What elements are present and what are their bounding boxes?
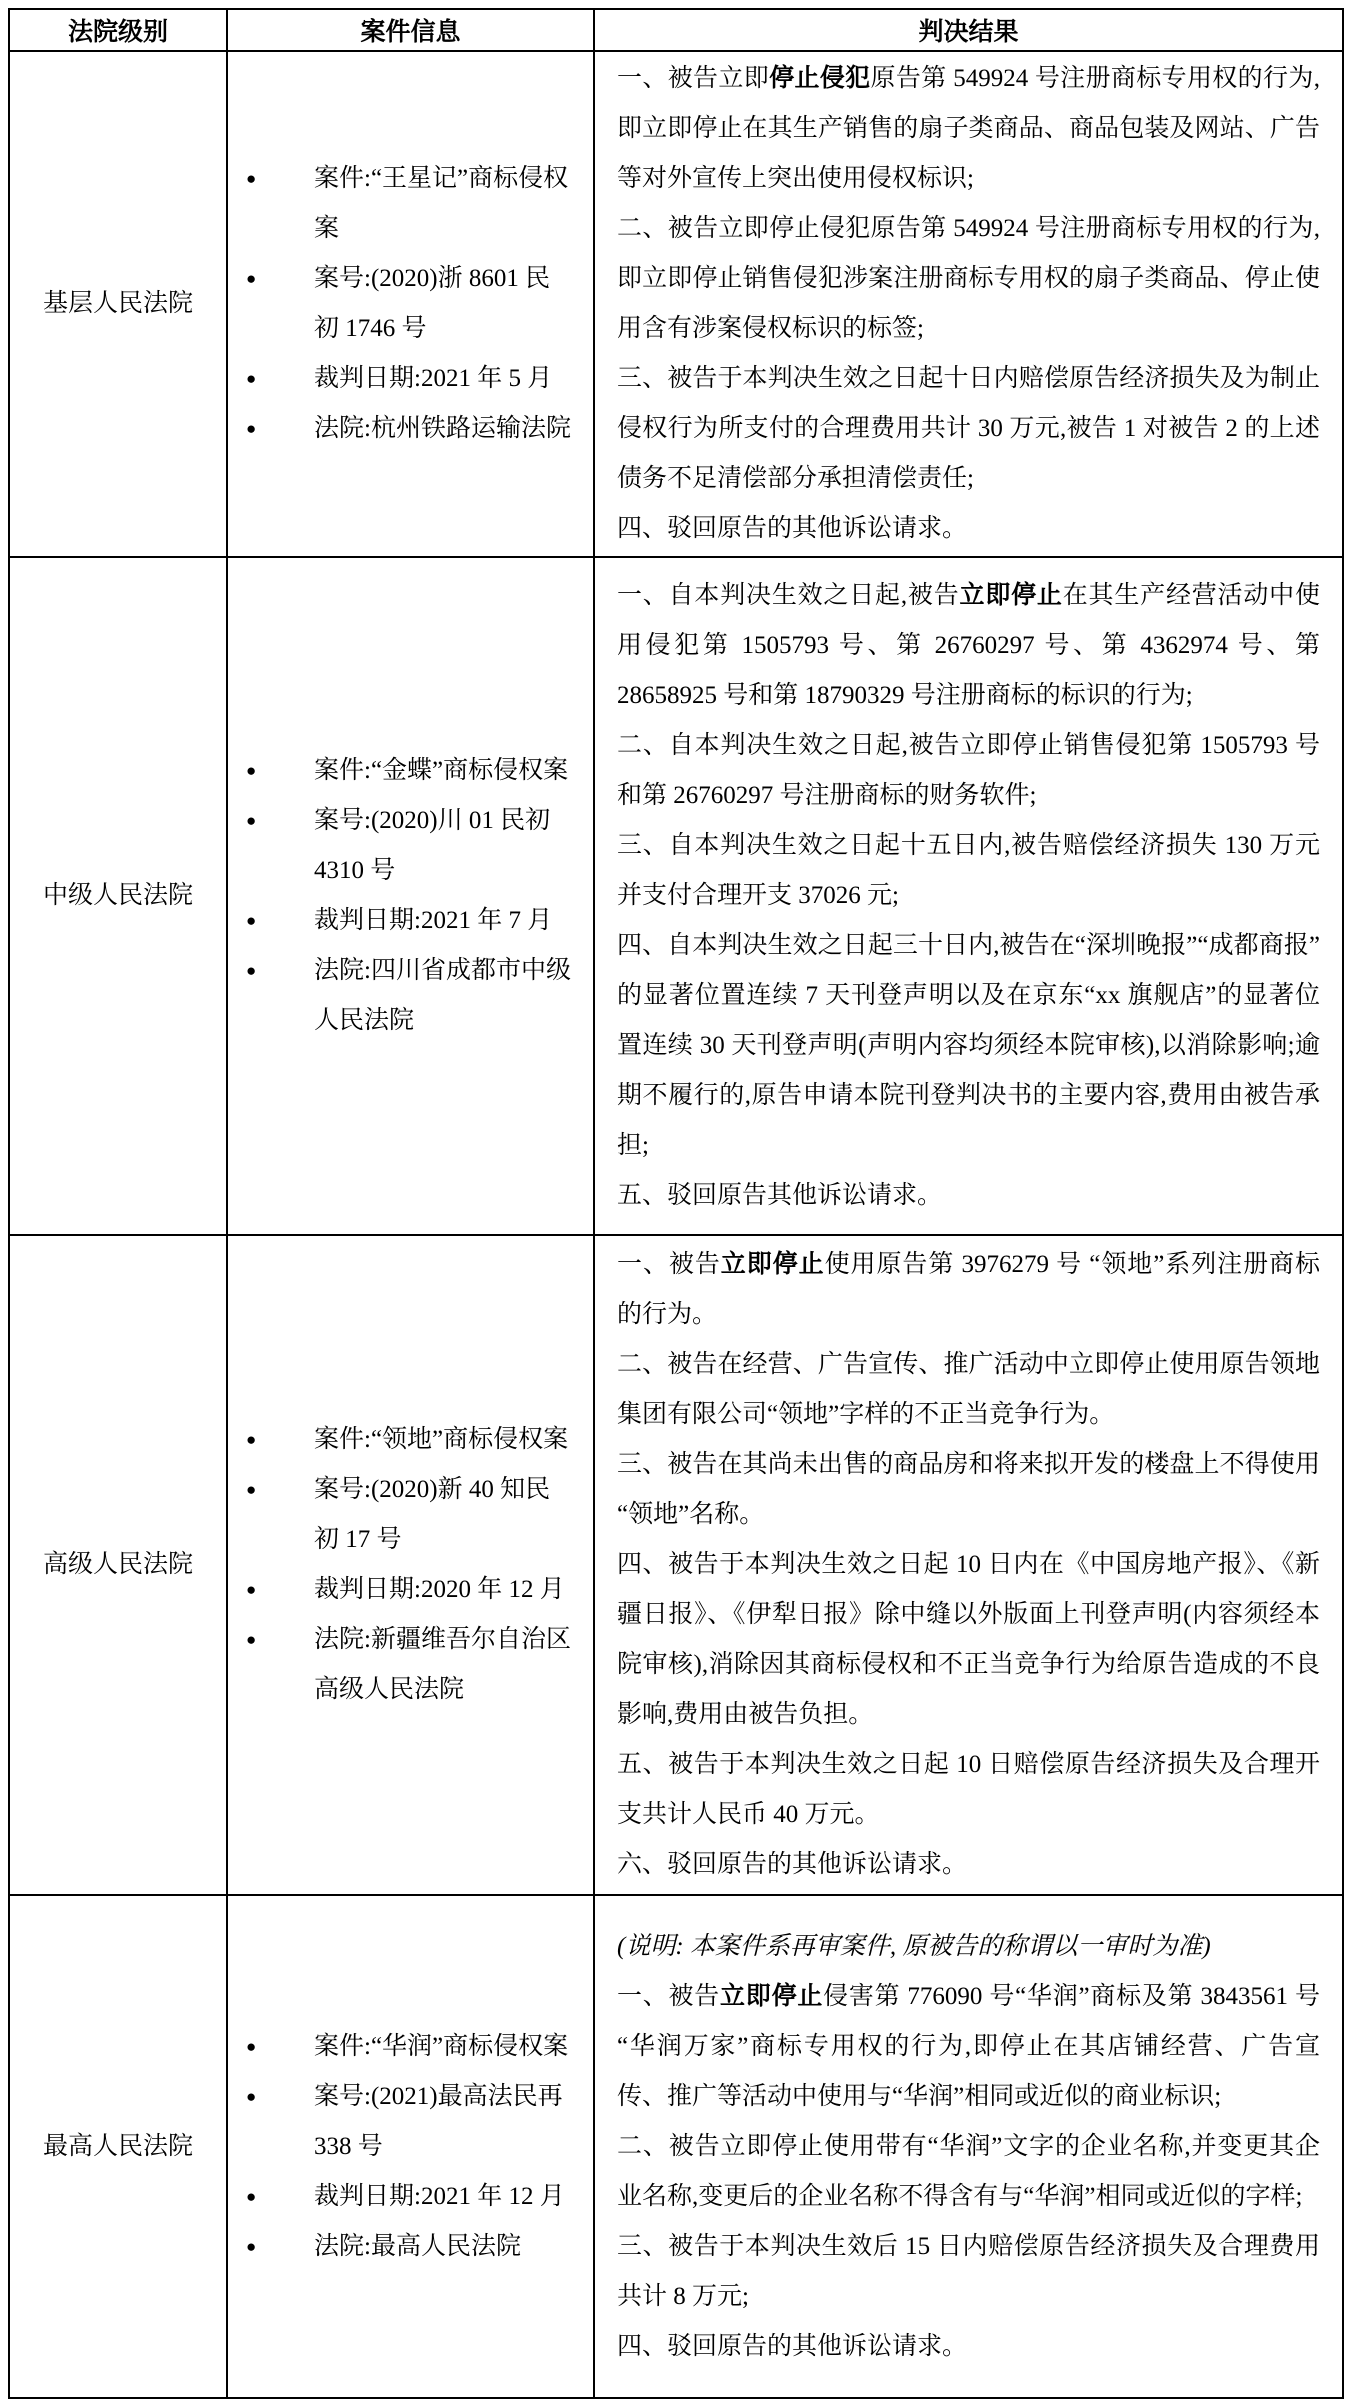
table-header: 法院级别 案件信息 判决结果 bbox=[9, 9, 1343, 51]
case-info-text: 法院:最高人民法院 bbox=[314, 2233, 521, 2260]
court-level-text: 最高人民法院 bbox=[43, 2133, 193, 2160]
court-level-cell: 最高人民法院 bbox=[9, 1895, 227, 2398]
court-level-text: 高级人民法院 bbox=[43, 1551, 193, 1578]
bullet-icon: ● bbox=[246, 154, 256, 204]
judgment-item: 四、自本判决生效之日起三十日内,被告在“深圳晚报”“成都商报”的显著位置连续 7… bbox=[617, 921, 1320, 1171]
court-level-text: 基层人民法院 bbox=[43, 290, 193, 317]
judgment-text: 三、被告于本判决生效之日起十日内赔偿原告经济损失及为制止侵权行为所支付的合理费用… bbox=[617, 365, 1320, 492]
case-info-cell: ●案件:“领地”商标侵权案●案号:(2020)新 40 知民初 17 号●裁判日… bbox=[227, 1235, 594, 1895]
judgment-text: 三、被告在其尚未出售的商品房和将来拟开发的楼盘上不得使用“领地”名称。 bbox=[617, 1451, 1320, 1528]
judgment-text: 一、被告立即 bbox=[617, 65, 769, 92]
case-info-item: ●案号:(2020)新 40 知民初 17 号 bbox=[228, 1465, 593, 1565]
case-info-text: 裁判日期:2021 年 12 月 bbox=[314, 2183, 565, 2210]
judgment-item: 三、自本判决生效之日起十五日内,被告赔偿经济损失 130 万元并支付合理开支 3… bbox=[617, 821, 1320, 921]
judgment-text: 六、驳回原告的其他诉讼请求。 bbox=[617, 1851, 967, 1878]
judgment-item: 四、驳回原告的其他诉讼请求。 bbox=[617, 504, 1320, 554]
case-note: (说明: 本案件系再审案件, 原被告的称谓以一审时为准) bbox=[617, 1922, 1320, 1972]
case-info-cell: ●案件:“华润”商标侵权案●案号:(2021)最高法民再 338 号●裁判日期:… bbox=[227, 1895, 594, 2398]
case-info-cell: ●案件:“王星记”商标侵权案●案号:(2020)浙 8601 民初 1746 号… bbox=[227, 51, 594, 557]
case-info-item: ●案件:“华润”商标侵权案 bbox=[228, 2022, 593, 2072]
court-level-cell: 中级人民法院 bbox=[9, 557, 227, 1235]
judgment-text: 五、驳回原告其他诉讼请求。 bbox=[617, 1182, 942, 1209]
judgment-item: 二、被告立即停止侵犯原告第 549924 号注册商标专用权的行为,即立即停止销售… bbox=[617, 204, 1320, 354]
case-info-list: ●案件:“王星记”商标侵权案●案号:(2020)浙 8601 民初 1746 号… bbox=[228, 154, 593, 454]
case-info-text: 法院:杭州铁路运输法院 bbox=[314, 415, 571, 442]
judgment-cell: 一、被告立即停止使用原告第 3976279 号 “领地”系列注册商标的行为。二、… bbox=[594, 1235, 1343, 1895]
table-row: 高级人民法院 ●案件:“领地”商标侵权案●案号:(2020)新 40 知民初 1… bbox=[9, 1235, 1343, 1895]
case-info-text: 裁判日期:2020 年 12 月 bbox=[314, 1576, 565, 1603]
judgment-item: 三、被告于本判决生效之日起十日内赔偿原告经济损失及为制止侵权行为所支付的合理费用… bbox=[617, 354, 1320, 504]
judgment-text: 四、被告于本判决生效之日起 10 日内在《中国房地产报》、《新疆日报》、《伊犁日… bbox=[617, 1551, 1320, 1728]
judgment-item: 二、被告在经营、广告宣传、推广活动中立即停止使用原告领地集团有限公司“领地”字样… bbox=[617, 1340, 1320, 1440]
table-body: 基层人民法院 ●案件:“王星记”商标侵权案●案号:(2020)浙 8601 民初… bbox=[9, 51, 1343, 2398]
header-court-level: 法院级别 bbox=[9, 9, 227, 51]
judgment-text: 一、自本判决生效之日起,被告 bbox=[617, 582, 960, 609]
case-info-item: ●法院:杭州铁路运输法院 bbox=[228, 404, 593, 454]
case-info-list: ●案件:“华润”商标侵权案●案号:(2021)最高法民再 338 号●裁判日期:… bbox=[228, 2022, 593, 2272]
case-info-text: 裁判日期:2021 年 5 月 bbox=[314, 365, 552, 392]
judgment-text: 一、被告 bbox=[617, 1251, 721, 1278]
judgment-text: 五、被告于本判决生效之日起 10 日赔偿原告经济损失及合理开支共计人民币 40 … bbox=[617, 1751, 1320, 1828]
judgment-item: 二、自本判决生效之日起,被告立即停止销售侵犯第 1505793 号和第 2676… bbox=[617, 721, 1320, 821]
case-info-item: ●案号:(2020)浙 8601 民初 1746 号 bbox=[228, 254, 593, 354]
judgment-item: 四、被告于本判决生效之日起 10 日内在《中国房地产报》、《新疆日报》、《伊犁日… bbox=[617, 1540, 1320, 1740]
case-info-item: ●案件:“金蝶”商标侵权案 bbox=[228, 746, 593, 796]
bullet-icon: ● bbox=[246, 254, 256, 304]
judgment-item: 六、驳回原告的其他诉讼请求。 bbox=[617, 1840, 1320, 1890]
judgment-item: 一、被告立即停止侵害第 776090 号“华润”商标及第 3843561 号“华… bbox=[617, 1972, 1320, 2122]
bullet-icon: ● bbox=[246, 404, 256, 454]
bullet-icon: ● bbox=[246, 1465, 256, 1515]
judgment-item: 四、驳回原告的其他诉讼请求。 bbox=[617, 2322, 1320, 2372]
case-info-text: 案件:“金蝶”商标侵权案 bbox=[314, 757, 568, 784]
judgment-emphasis-text: 立即停止 bbox=[960, 582, 1063, 609]
judgment-item: 三、被告在其尚未出售的商品房和将来拟开发的楼盘上不得使用“领地”名称。 bbox=[617, 1440, 1320, 1540]
bullet-icon: ● bbox=[246, 2072, 256, 2122]
court-level-cell: 高级人民法院 bbox=[9, 1235, 227, 1895]
table-row: 最高人民法院 ●案件:“华润”商标侵权案●案号:(2021)最高法民再 338 … bbox=[9, 1895, 1343, 2398]
judgment-item: 一、被告立即停止侵犯原告第 549924 号注册商标专用权的行为,即立即停止在其… bbox=[617, 54, 1320, 204]
judgment-text: 三、被告于本判决生效后 15 日内赔偿原告经济损失及合理费用共计 8 万元; bbox=[617, 2233, 1320, 2310]
header-judgment-result: 判决结果 bbox=[594, 9, 1343, 51]
bullet-icon: ● bbox=[246, 796, 256, 846]
header-row: 法院级别 案件信息 判决结果 bbox=[9, 9, 1343, 51]
case-info-text: 案号:(2020)浙 8601 民初 1746 号 bbox=[314, 265, 550, 342]
case-info-item: ●法院:新疆维吾尔自治区高级人民法院 bbox=[228, 1615, 593, 1715]
judgment-text: 四、自本判决生效之日起三十日内,被告在“深圳晚报”“成都商报”的显著位置连续 7… bbox=[617, 932, 1320, 1159]
case-info-text: 案件:“华润”商标侵权案 bbox=[314, 2033, 568, 2060]
court-level-cell: 基层人民法院 bbox=[9, 51, 227, 557]
judgment-text: 四、驳回原告的其他诉讼请求。 bbox=[617, 515, 967, 542]
judgment-text: 二、自本判决生效之日起,被告立即停止销售侵犯第 1505793 号和第 2676… bbox=[617, 732, 1320, 809]
judgment-item: 一、自本判决生效之日起,被告立即停止在其生产经营活动中使用侵犯第 1505793… bbox=[617, 571, 1320, 721]
judgment-text: 三、自本判决生效之日起十五日内,被告赔偿经济损失 130 万元并支付合理开支 3… bbox=[617, 832, 1320, 909]
case-info-text: 案件:“王星记”商标侵权案 bbox=[314, 165, 568, 242]
case-info-text: 案号:(2021)最高法民再 338 号 bbox=[314, 2083, 563, 2160]
table-row: 基层人民法院 ●案件:“王星记”商标侵权案●案号:(2020)浙 8601 民初… bbox=[9, 51, 1343, 557]
bullet-icon: ● bbox=[246, 2022, 256, 2072]
case-info-text: 案号:(2020)新 40 知民初 17 号 bbox=[314, 1476, 550, 1553]
court-level-text: 中级人民法院 bbox=[43, 882, 193, 909]
case-info-item: ●裁判日期:2021 年 7 月 bbox=[228, 896, 593, 946]
judgment-item: 二、被告立即停止使用带有“华润”文字的企业名称,并变更其企业名称,变更后的企业名… bbox=[617, 2122, 1320, 2222]
case-info-item: ●案件:“王星记”商标侵权案 bbox=[228, 154, 593, 254]
bullet-icon: ● bbox=[246, 354, 256, 404]
header-case-info: 案件信息 bbox=[227, 9, 594, 51]
judgment-item: 三、被告于本判决生效后 15 日内赔偿原告经济损失及合理费用共计 8 万元; bbox=[617, 2222, 1320, 2322]
judgment-text: 二、被告立即停止使用带有“华润”文字的企业名称,并变更其企业名称,变更后的企业名… bbox=[617, 2133, 1320, 2210]
case-info-item: ●裁判日期:2021 年 5 月 bbox=[228, 354, 593, 404]
case-info-text: 裁判日期:2021 年 7 月 bbox=[314, 907, 552, 934]
bullet-icon: ● bbox=[246, 946, 256, 996]
judgment-text: 四、驳回原告的其他诉讼请求。 bbox=[617, 2333, 967, 2360]
judgment-item: 五、驳回原告其他诉讼请求。 bbox=[617, 1171, 1320, 1221]
case-info-item: ●裁判日期:2020 年 12 月 bbox=[228, 1565, 593, 1615]
bullet-icon: ● bbox=[246, 896, 256, 946]
judgment-emphasis-text: 立即停止 bbox=[720, 1983, 823, 2010]
bullet-icon: ● bbox=[246, 2172, 256, 2222]
case-info-list: ●案件:“金蝶”商标侵权案●案号:(2020)川 01 民初 4310 号●裁判… bbox=[228, 746, 593, 1046]
judgment-cell: 一、被告立即停止侵犯原告第 549924 号注册商标专用权的行为,即立即停止在其… bbox=[594, 51, 1343, 557]
judgment-text: 二、被告立即停止侵犯原告第 549924 号注册商标专用权的行为,即立即停止销售… bbox=[617, 215, 1320, 342]
case-info-item: ●案号:(2021)最高法民再 338 号 bbox=[228, 2072, 593, 2172]
case-info-text: 案件:“领地”商标侵权案 bbox=[314, 1426, 568, 1453]
case-info-cell: ●案件:“金蝶”商标侵权案●案号:(2020)川 01 民初 4310 号●裁判… bbox=[227, 557, 594, 1235]
case-info-list: ●案件:“领地”商标侵权案●案号:(2020)新 40 知民初 17 号●裁判日… bbox=[228, 1415, 593, 1715]
court-judgments-table: 法院级别 案件信息 判决结果 基层人民法院 ●案件:“王星记”商标侵权案●案号:… bbox=[8, 8, 1344, 2399]
case-info-text: 法院:新疆维吾尔自治区高级人民法院 bbox=[314, 1626, 571, 1703]
bullet-icon: ● bbox=[246, 2222, 256, 2272]
case-info-item: ●案件:“领地”商标侵权案 bbox=[228, 1415, 593, 1465]
case-info-item: ●法院:最高人民法院 bbox=[228, 2222, 593, 2272]
bullet-icon: ● bbox=[246, 746, 256, 796]
judgment-emphasis-text: 停止侵犯 bbox=[769, 65, 870, 92]
case-info-text: 案号:(2020)川 01 民初 4310 号 bbox=[314, 807, 550, 884]
judgment-text: 二、被告在经营、广告宣传、推广活动中立即停止使用原告领地集团有限公司“领地”字样… bbox=[617, 1351, 1320, 1428]
case-info-item: ●案号:(2020)川 01 民初 4310 号 bbox=[228, 796, 593, 896]
judgment-text: 一、被告 bbox=[617, 1983, 720, 2010]
judgment-item: 一、被告立即停止使用原告第 3976279 号 “领地”系列注册商标的行为。 bbox=[617, 1240, 1320, 1340]
case-info-text: 法院:四川省成都市中级人民法院 bbox=[314, 957, 571, 1034]
case-info-item: ●裁判日期:2021 年 12 月 bbox=[228, 2172, 593, 2222]
judgment-cell: (说明: 本案件系再审案件, 原被告的称谓以一审时为准)一、被告立即停止侵害第 … bbox=[594, 1895, 1343, 2398]
bullet-icon: ● bbox=[246, 1615, 256, 1665]
table-row: 中级人民法院 ●案件:“金蝶”商标侵权案●案号:(2020)川 01 民初 43… bbox=[9, 557, 1343, 1235]
case-info-item: ●法院:四川省成都市中级人民法院 bbox=[228, 946, 593, 1046]
document-page: 法院级别 案件信息 判决结果 基层人民法院 ●案件:“王星记”商标侵权案●案号:… bbox=[0, 0, 1350, 2407]
judgment-item: 五、被告于本判决生效之日起 10 日赔偿原告经济损失及合理开支共计人民币 40 … bbox=[617, 1740, 1320, 1840]
judgment-emphasis-text: 立即停止 bbox=[721, 1251, 825, 1278]
bullet-icon: ● bbox=[246, 1565, 256, 1615]
bullet-icon: ● bbox=[246, 1415, 256, 1465]
judgment-cell: 一、自本判决生效之日起,被告立即停止在其生产经营活动中使用侵犯第 1505793… bbox=[594, 557, 1343, 1235]
